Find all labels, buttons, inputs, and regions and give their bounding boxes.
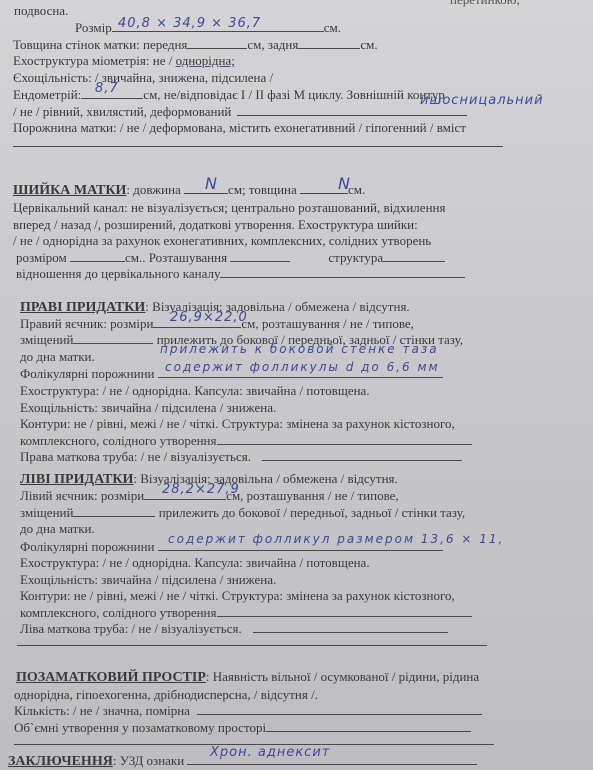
cervix-header-row: ШИЙКА МАТКИ: довжина см; товщина см. bbox=[13, 182, 365, 198]
retro-space-title: ПОЗАМАТКОВИЙ ПРОСТІР bbox=[16, 670, 206, 685]
contour-value: ишосницальний bbox=[420, 93, 544, 108]
uterus-size-value: 40,8 × 34,9 × 36,7 bbox=[118, 16, 261, 31]
echogenicity-row: Єхощільність: / звичайна, знижена, підси… bbox=[13, 70, 273, 85]
cervix-line1: Цервікальний канал: не візуалізується; ц… bbox=[13, 200, 445, 215]
cervix-structure-field[interactable] bbox=[383, 250, 445, 262]
retro-volume-field[interactable] bbox=[266, 720, 471, 732]
posterior-wall-field[interactable] bbox=[298, 37, 360, 49]
right-contours-row: Контури: не / рівні, межі / не / чіткі. … bbox=[20, 416, 455, 431]
cervix-location-field[interactable] bbox=[230, 250, 290, 262]
right-complex-row: комплексного, солідного утворення bbox=[20, 433, 472, 448]
left-echogenicity-row: Ехощільність: звичайна / підсилена / зни… bbox=[20, 572, 276, 587]
conclusion-value: Хрон. аднексит bbox=[210, 745, 330, 760]
retro-volume-row: Об`ємні утворення у позаматковому просто… bbox=[14, 720, 471, 735]
right-handwritten-note: прилежить к боковой стенке таза bbox=[160, 342, 439, 356]
anterior-wall-field[interactable] bbox=[187, 37, 247, 49]
left-tube-field[interactable] bbox=[253, 621, 448, 633]
cervix-thickness-value: N bbox=[338, 174, 351, 193]
right-echogenicity-row: Ехощільність: звичайна / підсилена / зни… bbox=[20, 400, 276, 415]
cervix-line3: / не / однорідна за рахунок ехонегативни… bbox=[13, 233, 431, 248]
cervix-size-field[interactable] bbox=[70, 250, 125, 262]
right-adnexa-title: ПРАВІ ПРИДАТКИ bbox=[20, 300, 145, 315]
conclusion-title: ЗАКЛЮЧЕННЯ bbox=[8, 754, 113, 769]
cervix-line2: вперед / назад /, розширений, додаткові … bbox=[13, 217, 418, 232]
right-tube-field[interactable] bbox=[262, 449, 462, 461]
right-complex-field[interactable] bbox=[217, 433, 472, 445]
cervix-line5: відношення до цервікального каналу bbox=[16, 266, 465, 281]
right-shifted-field[interactable] bbox=[73, 332, 153, 344]
retro-space-line2: однорідна, гіпоехогенна, дрібнодисперсна… bbox=[14, 687, 318, 702]
left-shifted-row: зміщений прилежить до бокової / передньо… bbox=[20, 505, 465, 520]
right-echostructure-row: Ехоструктура: / не / однорідна. Капсула:… bbox=[20, 383, 370, 398]
cervix-length-value: N bbox=[205, 174, 218, 193]
left-tube-row: Ліва маткова труба: / не / візуалізуєтьс… bbox=[20, 621, 448, 636]
cut-off-line: перетинкою, bbox=[250, 0, 520, 7]
cervix-canal-field[interactable] bbox=[220, 266, 465, 278]
left-follicles-value: содержит фолликул размером 13,6 × 11, bbox=[168, 532, 504, 546]
cervix-line4: розміром см.. Розташування структура bbox=[16, 250, 445, 265]
endometrium-row: Ендометрій:см, не/відповідає І / ІІ фазі… bbox=[13, 87, 445, 102]
endometrium-value: 8,7 bbox=[95, 81, 119, 96]
contour-row: / не / рівний, хвилястий, деформований bbox=[13, 104, 467, 119]
wall-thickness-row: Товщина стінок матки: переднясм, заднясм… bbox=[13, 37, 378, 52]
right-tube-row: Права маткова труба: / не / візуалізуєть… bbox=[20, 449, 462, 464]
left-shifted-field[interactable] bbox=[73, 505, 155, 517]
right-ovary-size-value: 26,9×22,0 bbox=[170, 310, 248, 325]
right-fundus-row: до дна матки. bbox=[20, 349, 95, 364]
left-complex-field[interactable] bbox=[217, 605, 472, 617]
left-tube-blank-line[interactable] bbox=[17, 645, 487, 646]
myometrium-row: Ехоструктура міометрія: не / однорідна; bbox=[13, 53, 235, 68]
ultrasound-report-page: перетинкою, подвосна. Розмірсм. 40,8 × 3… bbox=[0, 0, 593, 770]
left-complex-row: комплексного, солідного утворення bbox=[20, 605, 472, 620]
right-follicles-value: содержит фолликулы d до 6,6 мм bbox=[165, 360, 440, 374]
left-echostructure-row: Ехоструктура: / не / однорідна. Капсула:… bbox=[20, 555, 370, 570]
cavity-row: Порожнина матки: / не / деформована, міс… bbox=[13, 120, 466, 135]
left-contours-row: Контури: не / рівні, межі / не / чіткі. … bbox=[20, 588, 455, 603]
retro-space-header: ПОЗАМАТКОВИЙ ПРОСТІР: Наявність вільної … bbox=[16, 669, 479, 685]
left-adnexa-title: ЛІВІ ПРИДАТКИ bbox=[20, 472, 133, 487]
top-fragment: подвосна. bbox=[14, 3, 68, 18]
cavity-blank-line[interactable] bbox=[13, 146, 503, 147]
left-ovary-size-value: 28,2×27,9 bbox=[162, 482, 240, 497]
cervix-title: ШИЙКА МАТКИ bbox=[13, 183, 126, 198]
retro-amount-row: Кількість: / не / значна, помірна bbox=[14, 703, 482, 718]
retro-amount-field[interactable] bbox=[197, 703, 482, 715]
left-fundus-row: до дна матки. bbox=[20, 521, 95, 536]
